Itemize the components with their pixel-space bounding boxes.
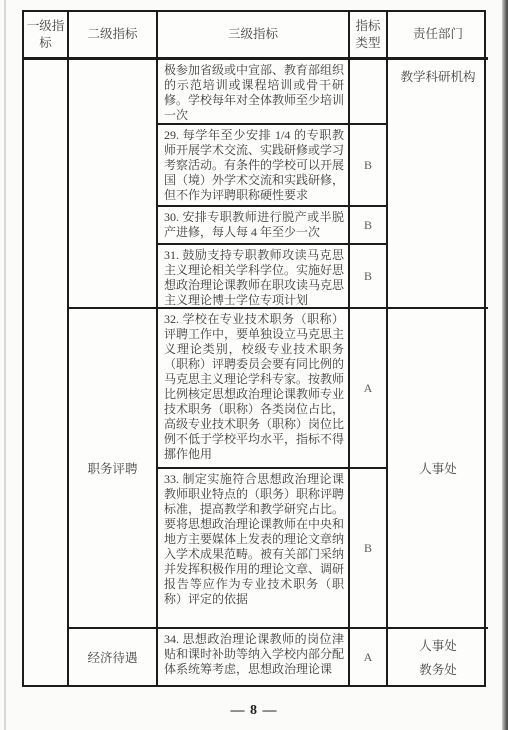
indicator-table: 一级指标 二级指标 三级指标 指标类型 责任部门 职务评聘 经济待遇 极参加省级… xyxy=(22,10,486,687)
level2-indicator-cell-empty xyxy=(69,60,158,309)
level3-indicator-cell: 34. 思想政治理论课教师的岗位津贴和课时补助等纳入学校内部分配体系统筹考虑，思… xyxy=(158,629,350,685)
department-line: 教务处 xyxy=(419,660,457,678)
indicator-type-cell: B xyxy=(350,207,388,245)
level3-indicator-cell: 31. 鼓励支持专职教师攻读马克思主义理论相关学科学位。实施好思想政治理论课教师… xyxy=(158,245,350,309)
indicator-type-cell: A xyxy=(350,629,388,685)
responsible-department-cell-teaching-research: 教学科研机构 xyxy=(388,60,488,309)
scan-edge-left xyxy=(4,0,6,730)
level3-indicator-cell: 极参加省级或中宣部、教育部组织的示范培训或课程培训或骨干研修。学校每年对全体教师… xyxy=(158,60,350,125)
level3-indicator-cell: 29. 每学年至少安排 1/4 的专职教师开展学术交流、实践研修或学习考察活动。… xyxy=(158,125,350,207)
level2-indicator-cell-economic-treatment: 经济待遇 xyxy=(69,629,158,685)
responsible-department-cell-personnel-academic: 人事处 教务处 xyxy=(388,629,488,685)
header-cell-level2-indicator: 二级指标 xyxy=(69,12,158,60)
level3-indicator-cell: 32. 学校在专业技术职务（职称）评聘工作中，要单独设立马克思主义理论类别，校级… xyxy=(158,309,350,469)
header-cell-level1-indicator: 一级指标 xyxy=(24,12,69,60)
scan-edge-right xyxy=(502,0,508,730)
indicator-type-cell: A xyxy=(350,309,388,469)
level3-indicator-cell: 30. 安排专职教师进行脱产或半脱产进修，每人每 4 年至少一次 xyxy=(158,207,350,245)
header-cell-responsible-department: 责任部门 xyxy=(388,12,488,60)
indicator-type-cell: B xyxy=(350,245,388,309)
level2-indicator-cell-job-appointment: 职务评聘 xyxy=(69,309,158,629)
header-cell-level3-indicator: 三级指标 xyxy=(158,12,350,60)
level1-indicator-cell xyxy=(24,60,69,685)
department-line: 人事处 xyxy=(419,636,457,654)
indicator-type-cell: B xyxy=(350,469,388,629)
responsible-department-cell-personnel: 人事处 xyxy=(388,309,488,629)
page-number: — 8 — xyxy=(0,703,508,719)
indicator-type-cell xyxy=(350,60,388,125)
indicator-type-cell: B xyxy=(350,125,388,207)
level3-indicator-cell: 33. 制定实施符合思想政治理论课教师职业特点的（职务）职称评聘标准，提高教学和… xyxy=(158,469,350,629)
header-cell-indicator-type: 指标类型 xyxy=(350,12,388,60)
